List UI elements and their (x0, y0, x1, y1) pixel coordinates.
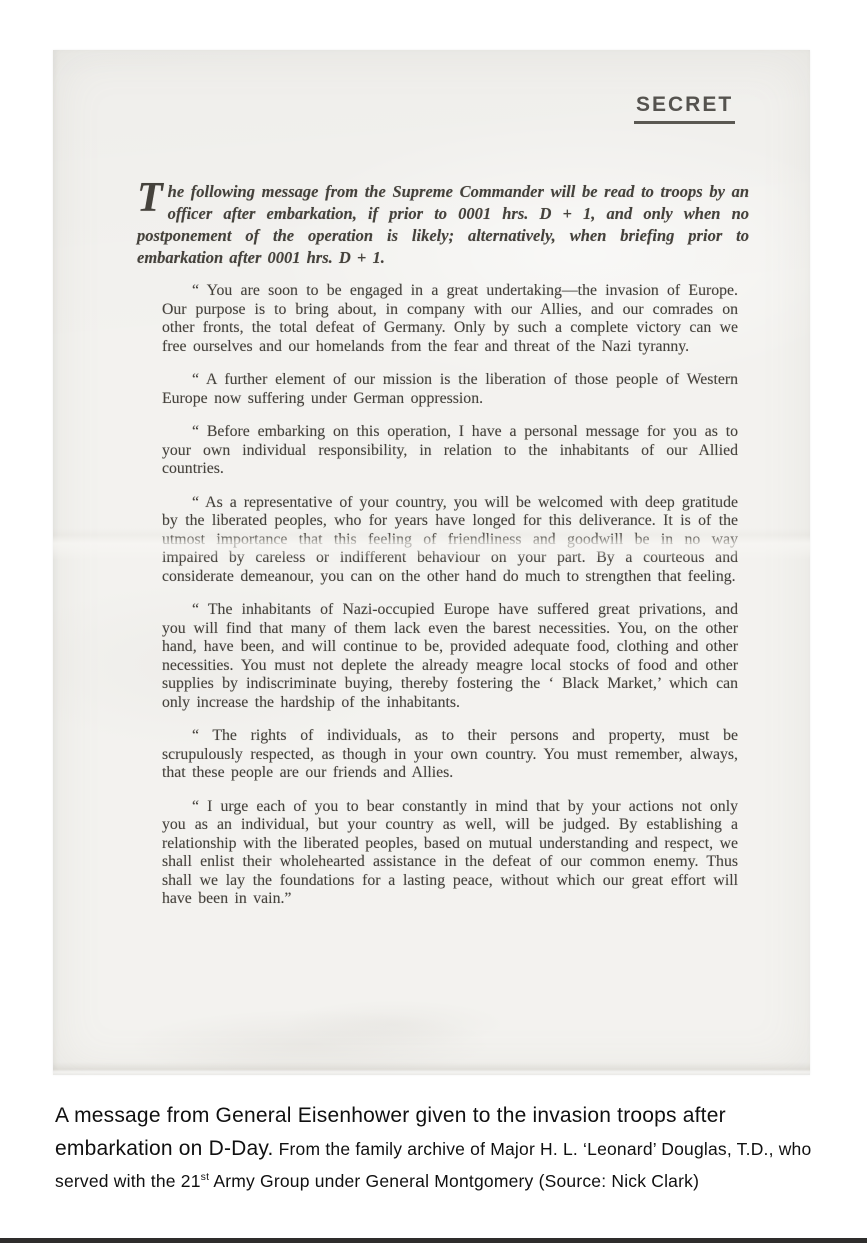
message-paragraph: “ I urge each of you to bear constantly … (162, 798, 738, 909)
fold-crease (53, 1062, 810, 1078)
message-paragraph: “ The inhabitants of Nazi-occupied Europ… (162, 601, 738, 712)
page-background: SECRET The following message from the Su… (0, 0, 867, 1243)
message-body: “ You are soon to be engaged in a great … (162, 282, 738, 909)
caption-detail-text: Army Group under General Montgomery (Sou… (209, 1171, 699, 1191)
message-paragraph: “ Before embarking on this operation, I … (162, 423, 738, 479)
preamble-text: he following message from the Supreme Co… (137, 182, 749, 267)
message-paragraph: “ As a representative of your country, y… (162, 494, 738, 587)
document-scan: SECRET The following message from the Su… (53, 50, 810, 1075)
message-paragraph: “ A further element of our mission is th… (162, 371, 738, 408)
preamble-dropcap: T (137, 182, 163, 215)
footer-edge-bar (0, 1238, 867, 1243)
message-paragraph: “ The rights of individuals, as to their… (162, 727, 738, 783)
preamble: The following message from the Supreme C… (137, 181, 749, 269)
photo-caption: A message from General Eisenhower given … (55, 1100, 819, 1198)
ordinal-superscript: st (201, 1171, 210, 1183)
message-paragraph: “ You are soon to be engaged in a great … (162, 282, 738, 356)
classification-stamp: SECRET (634, 93, 735, 124)
